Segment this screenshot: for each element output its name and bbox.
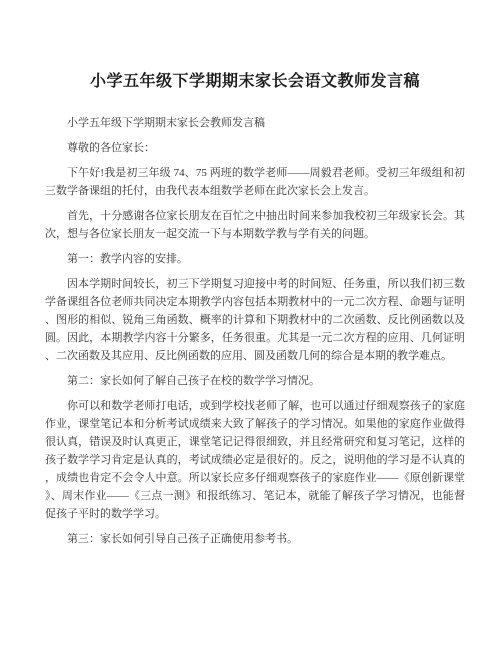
intro-paragraph-2: 首先，十分感谢各位家长朋友在百忙之中抽出时间来参加我校初三年级家长会。其次，想与… xyxy=(45,207,465,243)
document-page: 小学五年级下学期期末家长会语文教师发言稿 小学五年级下学期期末家长会教师发言稿 … xyxy=(0,0,500,647)
section-2-heading: 第二：家长如何了解自己孩子在校的数学学习情况。 xyxy=(45,372,465,390)
greeting-line: 尊敬的各位家长： xyxy=(45,139,465,157)
intro-paragraph-1: 下午好!我是初三年级 74、75 两班的数学老师——周毅君老师。受初三年级组和初… xyxy=(45,164,465,200)
section-2-paragraph: 你可以和数学老师打电话，或到学校找老师了解，也可以通过仔细观察孩子的家庭作业，课… xyxy=(45,397,465,523)
section-1-paragraph: 因本学期时间较长，初三下学期复习迎接中考的时间短、任务重，所以我们初三数学备课组… xyxy=(45,275,465,365)
document-title: 小学五年级下学期期末家长会语文教师发言稿 xyxy=(45,70,465,94)
document-subtitle: 小学五年级下学期期末家长会教师发言稿 xyxy=(45,114,465,132)
section-3-heading: 第三：家长如何引导自己孩子正确使用参考书。 xyxy=(45,530,465,548)
section-1-heading: 第一：教学内容的安排。 xyxy=(45,250,465,268)
